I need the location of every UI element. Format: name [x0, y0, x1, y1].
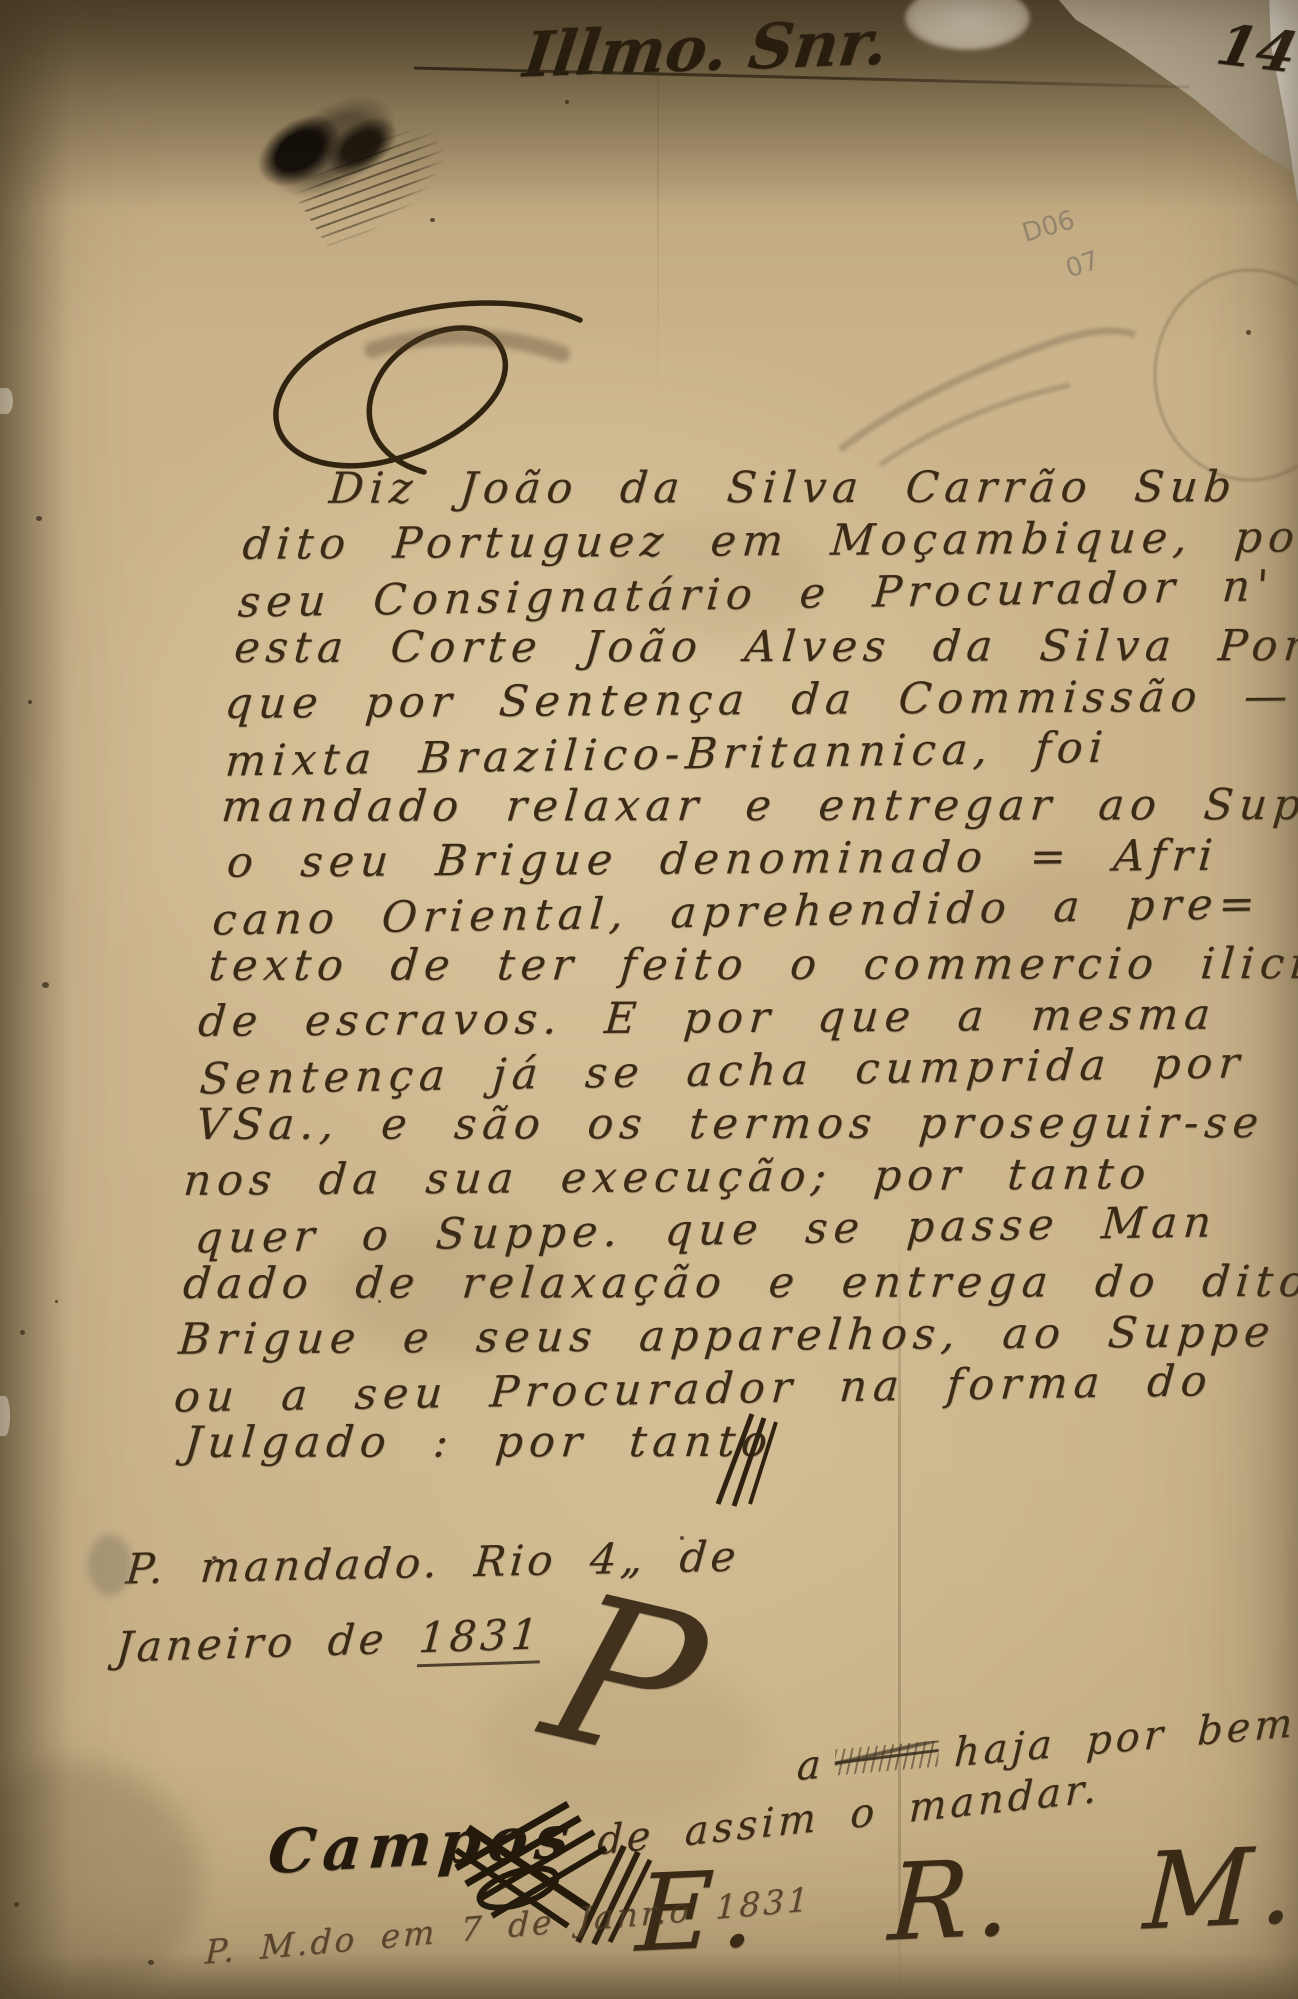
paper-speck — [680, 1536, 684, 1540]
paper-smudge — [88, 1534, 132, 1596]
paper-speck — [378, 1300, 381, 1303]
dateline-year: Janeiro de 1831 — [114, 1609, 543, 1672]
flourish-hatch — [700, 1408, 790, 1508]
paper-speck — [36, 516, 42, 521]
paper-speck — [148, 1960, 154, 1965]
paper-speck — [212, 1556, 217, 1560]
paper-speck — [565, 100, 569, 104]
manuscript-line: esta Corte João Alves da Silva Por — [232, 620, 1298, 675]
paper-speck — [1246, 330, 1251, 335]
paper-edge-chip — [0, 1396, 10, 1436]
page-number: 14 — [1211, 12, 1298, 86]
paper-speck — [55, 1300, 58, 1303]
paper-edge-chip — [0, 388, 13, 414]
paper-speck — [430, 218, 435, 222]
despacho-words: haja por bem — [953, 1700, 1297, 1776]
paper-left-shadow — [0, 0, 70, 1999]
manuscript-line: Diz João da Silva Carrão Sub — [245, 461, 1298, 516]
manuscript-line: texto de ter feito o commercio ilicito — [207, 938, 1298, 993]
dateline-month: Janeiro de — [114, 1614, 389, 1672]
manuscript-page: Illmo. Snr. 14 D06 07 Diz João da Silva … — [0, 0, 1298, 1999]
pencil-annotation: D06 — [1019, 205, 1078, 248]
year-underlined: 1831 — [417, 1609, 544, 1667]
petition-body: Diz João da Silva Carrão Sub dito Portug… — [166, 458, 1298, 1496]
manuscript-line: dado de relaxação e entrega do dito — [181, 1256, 1276, 1311]
crossed-out-word — [834, 1740, 939, 1775]
paper-speck — [20, 1330, 25, 1335]
pencil-annotation: 07 — [1062, 246, 1103, 285]
manuscript-line: mandado relaxar e entregar ao Supp — [219, 779, 1298, 834]
pencil-smudge — [820, 300, 1140, 480]
manuscript-line: VSa., e são os termos proseguir-se — [194, 1097, 1289, 1152]
paper-speck — [28, 700, 32, 704]
despacho-word: a — [796, 1741, 826, 1790]
paper-speck — [42, 982, 49, 988]
paper-speck — [14, 1902, 19, 1907]
